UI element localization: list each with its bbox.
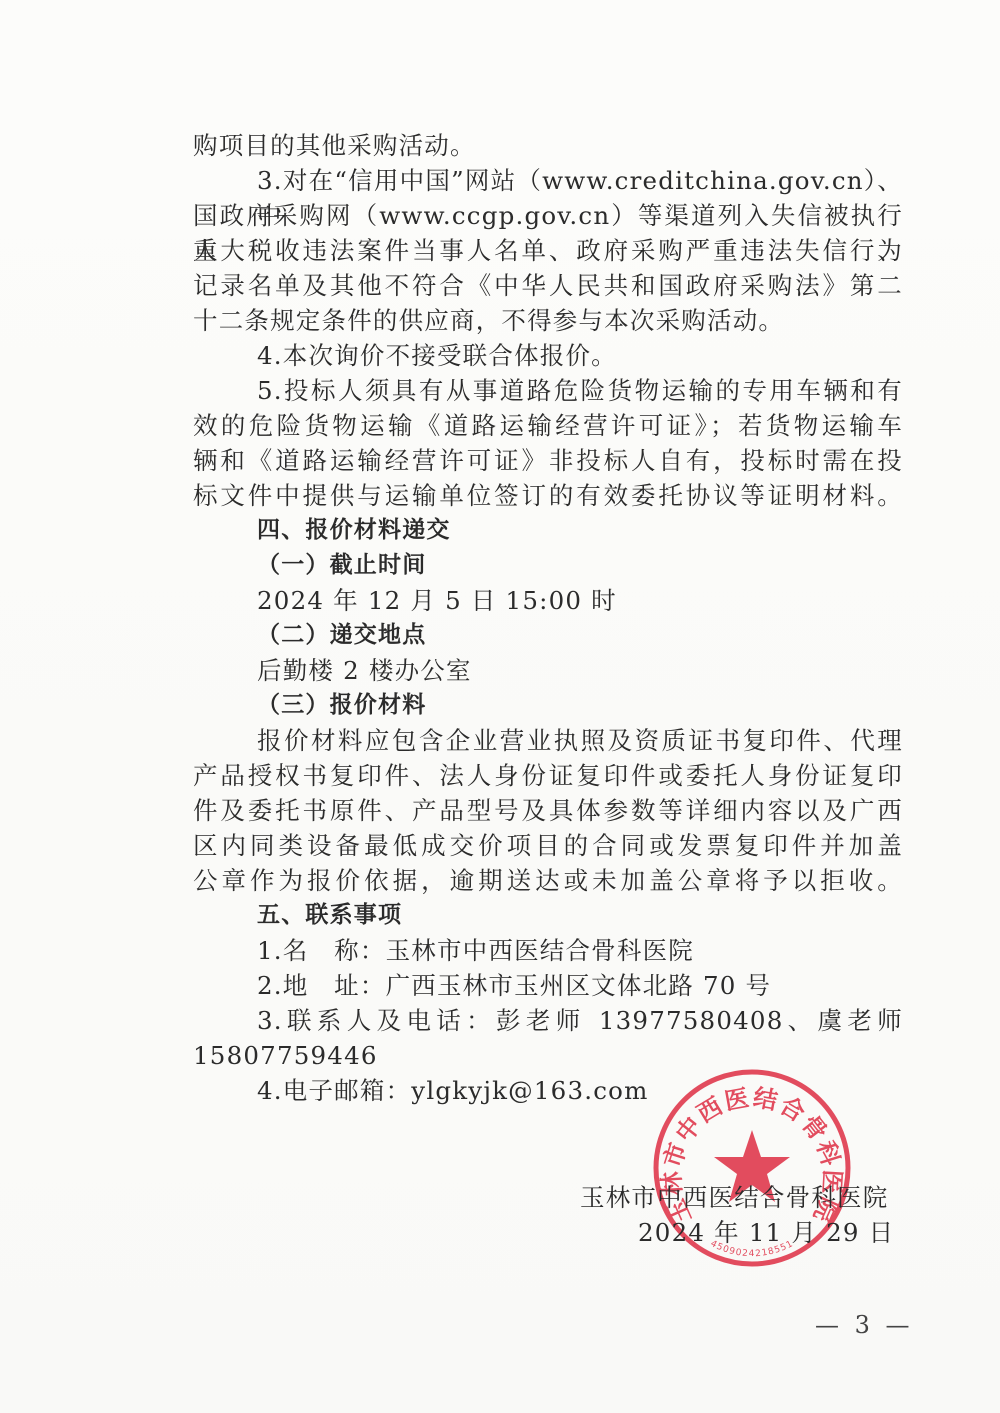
paragraph-line: 报价材料应包含企业营业执照及资质证书复印件、代理	[193, 723, 903, 758]
location-text: 后勤楼 2 楼办公室	[193, 653, 903, 688]
paragraph-line: 标文件中提供与运输单位签订的有效委托协议等证明材料。	[193, 478, 903, 513]
signing-date: 2024 年 11 月 29 日	[560, 1215, 910, 1250]
section-heading: 五、联系事项	[193, 898, 903, 933]
signature-block: 玉林市中西医结合骨科医院 2024 年 11 月 29 日	[560, 1180, 910, 1250]
contact-name: 1.名 称：玉林市中西医结合骨科医院	[193, 933, 903, 968]
paragraph-line: 4.本次询价不接受联合体报价。	[193, 338, 903, 373]
document-body: 购项目的其他采购活动。 3.对在“信用中国”网站（www.creditchina…	[193, 128, 903, 1108]
paragraph-line: 区内同类设备最低成交价项目的合同或发票复印件并加盖	[193, 828, 903, 863]
contact-phone: 3.联系人及电话：彭老师 13977580408、虞老师	[193, 1003, 903, 1038]
paragraph-line: 5.投标人须具有从事道路危险货物运输的专用车辆和有	[193, 373, 903, 408]
subsection-heading: （三）报价材料	[193, 688, 903, 723]
paragraph-line: 辆和《道路运输经营许可证》非投标人自有，投标时需在投	[193, 443, 903, 478]
page-number: — 3 —	[815, 1311, 914, 1339]
paragraph-line: 件及委托书原件、产品型号及具体参数等详细内容以及广西	[193, 793, 903, 828]
paragraph-line: 记录名单及其他不符合《中华人民共和国政府采购法》第二	[193, 268, 903, 303]
paragraph-line: 重大税收违法案件当事人名单、政府采购严重违法失信行为	[193, 233, 903, 268]
deadline-text: 2024 年 12 月 5 日 15:00 时	[193, 583, 903, 618]
paragraph-line: 效的危险货物运输《道路运输经营许可证》；若货物运输车	[193, 408, 903, 443]
paragraph-line: 产品授权书复印件、法人身份证复印件或委托人身份证复印	[193, 758, 903, 793]
signing-organization: 玉林市中西医结合骨科医院	[560, 1180, 910, 1215]
contact-address: 2.地 址：广西玉林市玉州区文体北路 70 号	[193, 968, 903, 1003]
paragraph-line: 国政府采购网（www.ccgp.gov.cn）等渠道列入失信被执行人、	[193, 198, 903, 233]
paragraph-line: 公章作为报价依据，逾期送达或未加盖公章将予以拒收。	[193, 863, 903, 898]
paragraph-line: 购项目的其他采购活动。	[193, 128, 903, 163]
paragraph-line: 十二条规定条件的供应商，不得参与本次采购活动。	[193, 303, 903, 338]
section-heading: 四、报价材料递交	[193, 513, 903, 548]
document-page: 购项目的其他采购活动。 3.对在“信用中国”网站（www.creditchina…	[0, 0, 1000, 1413]
paragraph-line: 3.对在“信用中国”网站（www.creditchina.gov.cn）、中	[193, 163, 903, 198]
subsection-heading: （二）递交地点	[193, 618, 903, 653]
subsection-heading: （一）截止时间	[193, 548, 903, 583]
